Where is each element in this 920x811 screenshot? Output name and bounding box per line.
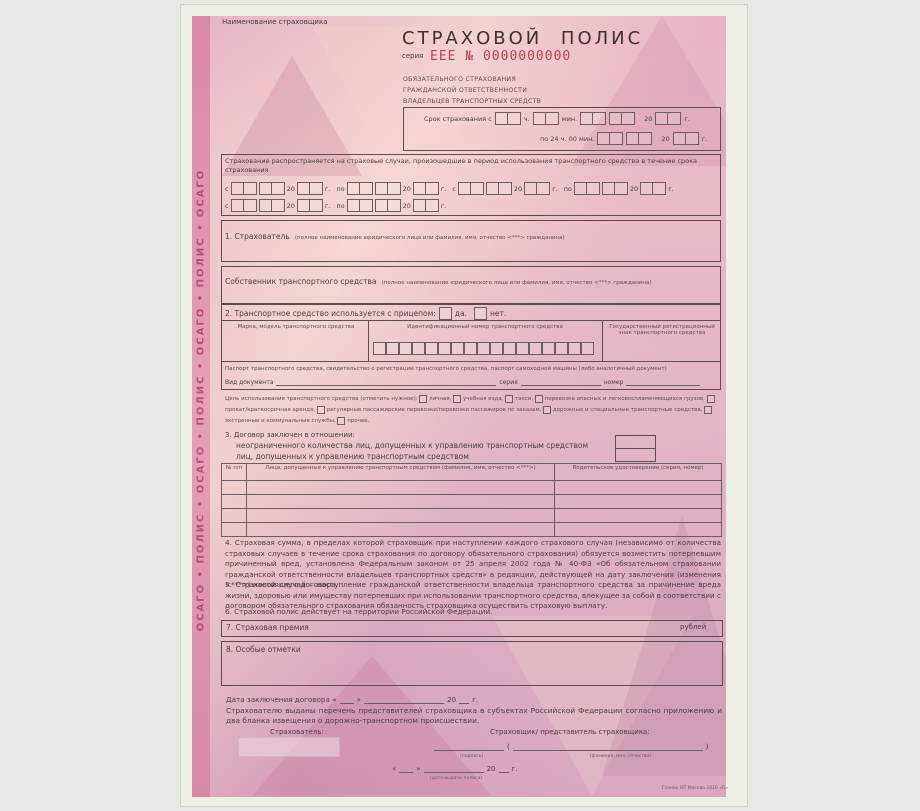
insurer-name-field[interactable] bbox=[513, 743, 703, 751]
security-strip-text: ОСАГО • ПОЛИС • ОСАГО • ПОЛИС • ОСАГО • … bbox=[196, 169, 207, 632]
period-3-from-month[interactable] bbox=[259, 199, 285, 212]
period-3-from-day[interactable] bbox=[231, 199, 257, 212]
reg-plate-label: Государственный регистрационный знак тра… bbox=[606, 324, 718, 336]
insurer-signature-row: ( ) bbox=[434, 743, 708, 751]
period-1-to-year[interactable] bbox=[413, 182, 439, 195]
premium-currency: рублей bbox=[680, 623, 706, 631]
purpose-personal-checkbox[interactable] bbox=[419, 395, 427, 403]
hours-field[interactable] bbox=[495, 112, 521, 125]
period-1-to-day[interactable] bbox=[347, 182, 373, 195]
table-row[interactable] bbox=[222, 509, 722, 523]
period-3-from-year[interactable] bbox=[297, 199, 323, 212]
term-to-row: по 24 ч. 00 мин. 20 г. bbox=[540, 132, 707, 145]
term-from-row: Срок страхования с ч. мин. 20 г. bbox=[424, 112, 690, 125]
col-header-number: № п/п bbox=[222, 464, 247, 481]
vin-field[interactable] bbox=[373, 342, 594, 355]
policy-number: ЕЕЕ № 0000000000 bbox=[430, 49, 571, 64]
passport-text: Паспорт транспортного средства, свидетел… bbox=[225, 366, 667, 372]
trailer-row: 2. Транспортное средство используется с … bbox=[225, 307, 506, 320]
purpose-rental-checkbox[interactable] bbox=[707, 395, 715, 403]
doc-number-field[interactable] bbox=[626, 378, 700, 386]
issue-date-row: « » 20 г. bbox=[392, 765, 517, 773]
table-row[interactable] bbox=[222, 495, 722, 509]
col-header-license: Водительское удостоверение (серия, номер… bbox=[555, 464, 722, 481]
purpose-training-checkbox[interactable] bbox=[453, 395, 461, 403]
owner-label: Собственник транспортного средства (полн… bbox=[225, 269, 651, 288]
day-field[interactable] bbox=[580, 112, 606, 125]
period-2-to-month[interactable] bbox=[602, 182, 628, 195]
notice-text: Страхователю выданы перечень представите… bbox=[226, 706, 722, 725]
period-2-from-year[interactable] bbox=[524, 182, 550, 195]
insurer-rep-label: Страховщик/ представитель страховщика: bbox=[490, 728, 650, 736]
period-2-to-year[interactable] bbox=[640, 182, 666, 195]
make-model-label: Марка, модель транспортного средства bbox=[225, 324, 367, 330]
unlimited-drivers-checkbox[interactable] bbox=[615, 435, 656, 449]
drivers-table: № п/п Лица, допущенные к управлению тран… bbox=[221, 463, 722, 537]
year-field[interactable] bbox=[655, 112, 681, 125]
period-3-to-month[interactable] bbox=[375, 199, 401, 212]
insured-signature-field[interactable] bbox=[238, 737, 340, 757]
period-2-to-day[interactable] bbox=[574, 182, 600, 195]
period-1-from-month[interactable] bbox=[259, 182, 285, 195]
contract-year-field[interactable] bbox=[459, 696, 469, 704]
usage-period-text: Страхование распространяется на страховы… bbox=[225, 157, 715, 175]
contract-month-field[interactable] bbox=[364, 696, 444, 704]
purpose-block: Цель использования транспортного средств… bbox=[225, 394, 721, 427]
trailer-yes-checkbox[interactable] bbox=[439, 307, 452, 320]
minutes-field[interactable] bbox=[533, 112, 559, 125]
unlimited-drivers-label: неограниченного количества лиц, допущенн… bbox=[236, 441, 588, 450]
printer-mark: Гознак МТ Москва 2016 «Б» bbox=[662, 786, 728, 791]
period-3-to-year[interactable] bbox=[413, 199, 439, 212]
signature-caption: (подпись) bbox=[460, 754, 483, 759]
document-title: СТРАХОВОЙ ПОЛИС bbox=[402, 28, 643, 49]
clause-6: 6. Страховой полис действует на территор… bbox=[225, 607, 721, 618]
end-year-field[interactable] bbox=[673, 132, 699, 145]
premium-label: 7. Страховая премия bbox=[226, 623, 309, 632]
period-2-from-month[interactable] bbox=[486, 182, 512, 195]
contract-day-field[interactable] bbox=[340, 696, 354, 704]
doc-type-field[interactable] bbox=[276, 378, 496, 386]
issue-day-field[interactable] bbox=[399, 765, 413, 773]
purpose-passenger-checkbox[interactable] bbox=[317, 406, 325, 414]
month-field[interactable] bbox=[609, 112, 635, 125]
contract-date-row: Дата заключения договора « » 20 г. bbox=[226, 695, 478, 704]
listed-drivers-label: лиц, допущенных к управлению транспортны… bbox=[236, 452, 469, 461]
issue-month-field[interactable] bbox=[424, 765, 484, 773]
period-1-to-month[interactable] bbox=[375, 182, 401, 195]
purpose-other-checkbox[interactable] bbox=[337, 417, 345, 425]
issue-date-caption: (дата выдачи полиса) bbox=[430, 776, 482, 781]
period-1-from-day[interactable] bbox=[231, 182, 257, 195]
period-2-from-day[interactable] bbox=[458, 182, 484, 195]
table-row[interactable] bbox=[222, 481, 722, 495]
document-subtitle: ОБЯЗАТЕЛЬНОГО СТРАХОВАНИЯ ГРАЖДАНСКОЙ ОТ… bbox=[403, 74, 541, 107]
usage-period-row-2: с 20 г. по 20 г. bbox=[225, 199, 446, 212]
document-row: Вид документа серия номер bbox=[225, 378, 700, 386]
end-month-field[interactable] bbox=[626, 132, 652, 145]
insured-label: Страхователь: bbox=[270, 728, 324, 736]
purpose-dangerous-goods-checkbox[interactable] bbox=[535, 395, 543, 403]
period-1-from-year[interactable] bbox=[297, 182, 323, 195]
trailer-no-checkbox[interactable] bbox=[474, 307, 487, 320]
insurer-signature-field[interactable] bbox=[434, 743, 504, 751]
special-notes-label: 8. Особые отметки bbox=[226, 645, 301, 654]
purpose-taxi-checkbox[interactable] bbox=[505, 395, 513, 403]
issue-year-field[interactable] bbox=[499, 765, 509, 773]
doc-series-field[interactable] bbox=[521, 378, 601, 386]
purpose-special-vehicles-checkbox[interactable] bbox=[543, 406, 551, 414]
purpose-emergency-checkbox[interactable] bbox=[704, 406, 712, 414]
table-row[interactable] bbox=[222, 523, 722, 537]
period-3-to-day[interactable] bbox=[347, 199, 373, 212]
section3-label: 3. Договор заключен в отношении: bbox=[225, 431, 355, 439]
vin-label: Идентификационный номер транспортного ср… bbox=[370, 324, 600, 330]
series-label: серия bbox=[402, 52, 423, 60]
col-header-driver-name: Лица, допущенные к управлению транспортн… bbox=[247, 464, 555, 481]
policyholder-label: 1. Страхователь (полное наименование юри… bbox=[225, 224, 565, 243]
insurer-name-label: Наименование страховщика bbox=[222, 18, 328, 26]
usage-period-row-1: с 20 г. по 20 г. с 20 г. по 20 г. bbox=[225, 182, 674, 195]
listed-drivers-checkbox[interactable] bbox=[615, 448, 656, 462]
name-caption: (фамилия, имя, отчество) bbox=[590, 754, 651, 759]
end-day-field[interactable] bbox=[597, 132, 623, 145]
